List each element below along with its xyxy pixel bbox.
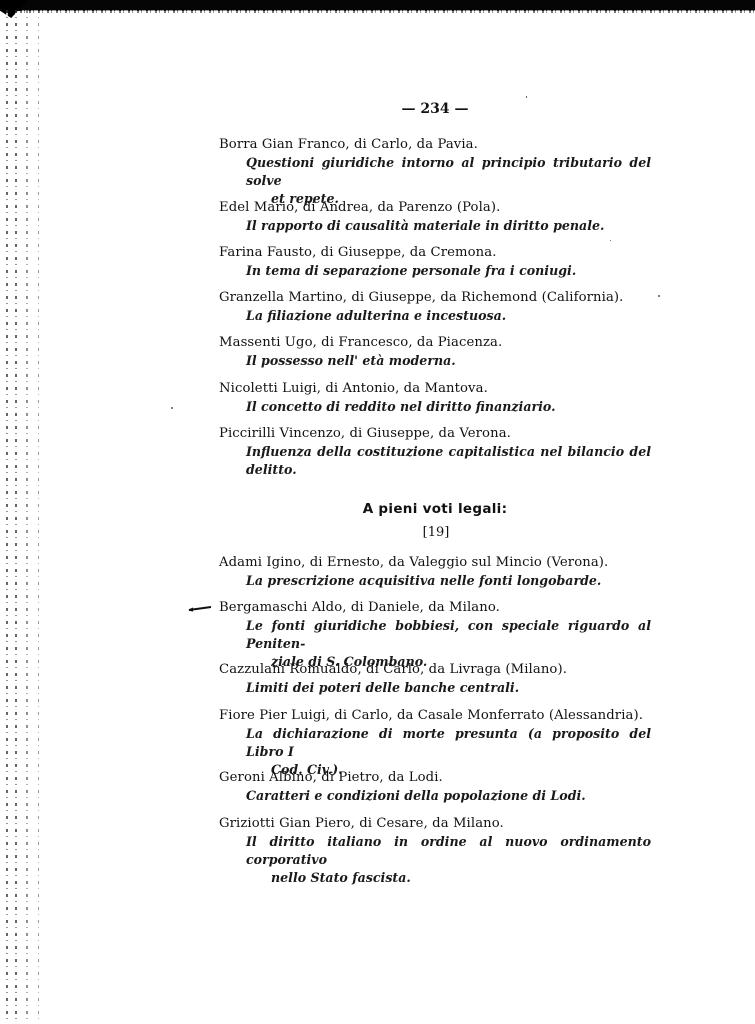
thesis-title: La filiazione adulterina e incestuosa. [219, 307, 651, 325]
list-item: Borra Gian Franco, di Carlo, da Pavia. Q… [219, 136, 651, 208]
list-item: Griziotti Gian Piero, di Cesare, da Mila… [219, 815, 651, 887]
graduate-name: Edel Mario, di Andrea, da Parenzo (Pola)… [219, 199, 651, 217]
thesis-title: Limiti dei poteri delle banche centrali. [219, 679, 651, 697]
graduate-name: Nicoletti Luigi, di Antonio, da Mantova. [219, 380, 651, 398]
graduate-name: Fiore Pier Luigi, di Carlo, da Casale Mo… [219, 707, 651, 725]
list-item: Piccirilli Vincenzo, di Giuseppe, da Ver… [219, 425, 651, 479]
scan-binding-edge [6, 10, 8, 1024]
graduate-name: Cazzulani Romualdo, di Carlo, da Livraga… [219, 661, 651, 679]
list-item: Nicoletti Luigi, di Antonio, da Mantova.… [219, 380, 651, 416]
graduate-name: Borra Gian Franco, di Carlo, da Pavia. [219, 136, 651, 154]
graduate-name: Massenti Ugo, di Francesco, da Piacenza. [219, 334, 651, 352]
graduate-name: Bergamaschi Aldo, di Daniele, da Milano. [219, 599, 651, 617]
thesis-title: Il possesso nell' età moderna. [219, 352, 651, 370]
thesis-title: Influenza della costituzione capitalisti… [219, 443, 651, 479]
graduate-name: Piccirilli Vincenzo, di Giuseppe, da Ver… [219, 425, 651, 443]
scan-top-edge-fray [20, 10, 755, 13]
scan-speck [610, 240, 611, 241]
thesis-line: Questioni giuridiche intorno al principi… [246, 155, 651, 188]
list-item: Farina Fausto, di Giuseppe, da Cremona. … [219, 244, 651, 280]
list-item: Edel Mario, di Andrea, da Parenzo (Pola)… [219, 199, 651, 235]
thesis-line: Le fonti giuridiche bobbiesi, con specia… [246, 618, 651, 651]
thesis-line: Il diritto italiano in ordine al nuovo o… [246, 834, 651, 867]
page-number: — 234 — [0, 101, 755, 117]
graduate-name: Farina Fausto, di Giuseppe, da Cremona. [219, 244, 651, 262]
scan-speck [526, 96, 527, 98]
scan-speck [658, 295, 660, 297]
graduate-name: Griziotti Gian Piero, di Cesare, da Mila… [219, 815, 651, 833]
thesis-title: La prescrizione acquisitiva nelle fonti … [219, 572, 651, 590]
list-item: Adami Igino, di Ernesto, da Valeggio sul… [219, 554, 651, 590]
section-heading: A pieni voti legali: [0, 501, 755, 517]
list-item: Cazzulani Romualdo, di Carlo, da Livraga… [219, 661, 651, 697]
scan-binding-edge [38, 10, 39, 1024]
graduate-name: Adami Igino, di Ernesto, da Valeggio sul… [219, 554, 651, 572]
thesis-line: nello Stato fascista. [246, 869, 651, 887]
list-item: Geroni Albino, di Pietro, da Lodi. Carat… [219, 769, 651, 805]
thesis-line: La dichiarazione di morte presunta (a pr… [246, 726, 651, 759]
graduate-name: Granzella Martino, di Giuseppe, da Riche… [219, 289, 651, 307]
thesis-title: Caratteri e condizioni della popolazione… [219, 787, 651, 805]
graduate-name: Geroni Albino, di Pietro, da Lodi. [219, 769, 651, 787]
scan-binding-edge [26, 10, 28, 1024]
section-count: [19] [0, 525, 755, 540]
list-item: Massenti Ugo, di Francesco, da Piacenza.… [219, 334, 651, 370]
scan-binding-edge [15, 10, 17, 1024]
handwritten-arrow-icon [188, 606, 212, 612]
thesis-title: Il rapporto di causalità materiale in di… [219, 217, 651, 235]
list-item: Granzella Martino, di Giuseppe, da Riche… [219, 289, 651, 325]
thesis-title: Il diritto italiano in ordine al nuovo o… [219, 833, 651, 887]
thesis-title: In tema di separazione personale fra i c… [219, 262, 651, 280]
thesis-title: Il concetto di reddito nel diritto finan… [219, 398, 651, 416]
scan-speck [171, 407, 173, 409]
